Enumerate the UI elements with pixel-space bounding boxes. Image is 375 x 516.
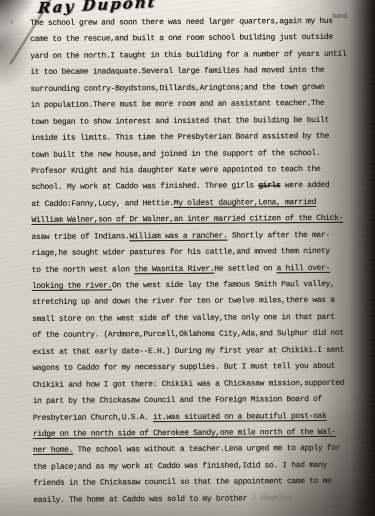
text-segment: inside its limits. This time the Presbyt… (31, 132, 329, 143)
text-segment: in population.There must be more room an… (31, 99, 325, 110)
text-segment: friends in the Chickasaw council so that… (33, 477, 331, 488)
text-segment: Presbyterian Church,U.S.A. (33, 413, 153, 423)
typed-lines: The school grew and soon there was need … (30, 14, 354, 509)
text-segment: to the north west alon (32, 265, 134, 275)
text-segment: band (333, 9, 347, 26)
text-segment: looking the river. (32, 281, 112, 291)
text-segment: stretching up and down the river for ten… (32, 296, 335, 307)
typed-line: wagons to Caddo for my necessary supplie… (32, 359, 353, 378)
text-segment: easily. The home at Caddo was sold to my… (33, 494, 251, 505)
text-segment: the Wasnita River. (134, 264, 214, 274)
text-segment: On the west side lay the famous Smith Pa… (112, 280, 335, 291)
typed-line: it too became inadaquate.Several large f… (30, 63, 351, 82)
text-segment: the place;and as my work at Caddo was fi… (33, 461, 327, 472)
text-segment: wagons to Caddo for my necessary supplie… (32, 362, 335, 373)
typed-line: came to the rescue,and built a one room … (30, 30, 351, 49)
text-segment: J Hawkins (251, 494, 291, 503)
text-segment: ridge on the north side of Cherokee Sand… (33, 428, 336, 439)
text-segment: He settled on (214, 264, 276, 273)
text-segment: Shortly after the mar- (227, 231, 329, 241)
document-page: Ray Dupont · The school grew and soon th… (0, 0, 375, 516)
typed-line: easily. The home at Caddo was sold to my… (33, 490, 354, 509)
typed-line: William Walner,son of Dr Walner,an inter… (31, 211, 352, 230)
text-segment: yard on the north.I taught in this build… (30, 50, 346, 61)
text-segment: came to the rescue,and built a one room … (30, 33, 333, 44)
text-segment: a hill over- (277, 263, 330, 272)
text-segment: surrounding contry-Boydstons,Dillards,Ar… (30, 83, 324, 94)
typed-line: in population.There must be more room an… (31, 96, 352, 115)
text-segment: were added (280, 181, 329, 190)
text-segment: ner home. (33, 446, 73, 455)
typed-line: friends in the Chickasaw council so that… (33, 474, 354, 493)
text-segment: Profesor Knight and his daughter Kate we… (31, 165, 320, 176)
text-segment: at Caddo:Fanny,Lucy, and Hettie. (31, 199, 173, 209)
text-segment: town built the new house,and joined in t… (31, 148, 320, 159)
text-segment: town began to show interest and insisted… (31, 116, 329, 127)
typed-line: in part by the Chickasaw Council and the… (33, 392, 354, 411)
text-segment: it too became inadaquate.Several large f… (30, 66, 324, 77)
typed-line: riage,he sought wider pastures for his c… (32, 244, 353, 263)
text-segment: small store on the west side of the vall… (32, 313, 335, 324)
text-segment: Chikiki and how I got there: Chikiki was… (33, 378, 345, 389)
typed-line: inside its limits. This time the Presbyt… (31, 129, 352, 148)
typed-line: stretching up and down the river for ten… (32, 293, 353, 312)
margin-dot-mark: · (9, 18, 14, 28)
text-segment: My oldest daughter,Lena, married (174, 198, 316, 208)
text-segment: The school grew and soon there was need … (30, 17, 333, 28)
typed-line: of the country. (Ardmore,Purcell,Oklahom… (32, 326, 353, 345)
text-segment: riage,he sought wider pastures for his c… (32, 247, 330, 258)
text-segment: The school was without a teacher.Lena ur… (73, 444, 340, 455)
text-segment: of the country. (Ardmore,Purcell,Oklahom… (32, 329, 344, 340)
text-segment: asaw tribe of Indians. (32, 232, 130, 242)
text-segment: school. My work at Caddo was finished. T… (31, 182, 258, 193)
text-segment: girls (258, 182, 280, 191)
typed-line: school. My work at Caddo was finished. T… (31, 178, 352, 197)
text-segment: William Walner,son of Dr Walner,an inter… (31, 214, 343, 225)
text-segment: it.was situated on a beautiful post-oak (153, 411, 327, 421)
text-segment: William was a rancher. (129, 231, 227, 241)
text-segment: exist at that early date--E.H.) During m… (32, 346, 344, 357)
text-segment: in part by the Chickasaw Council and the… (33, 395, 322, 406)
typed-line: ner home. The school was without a teach… (33, 441, 354, 460)
